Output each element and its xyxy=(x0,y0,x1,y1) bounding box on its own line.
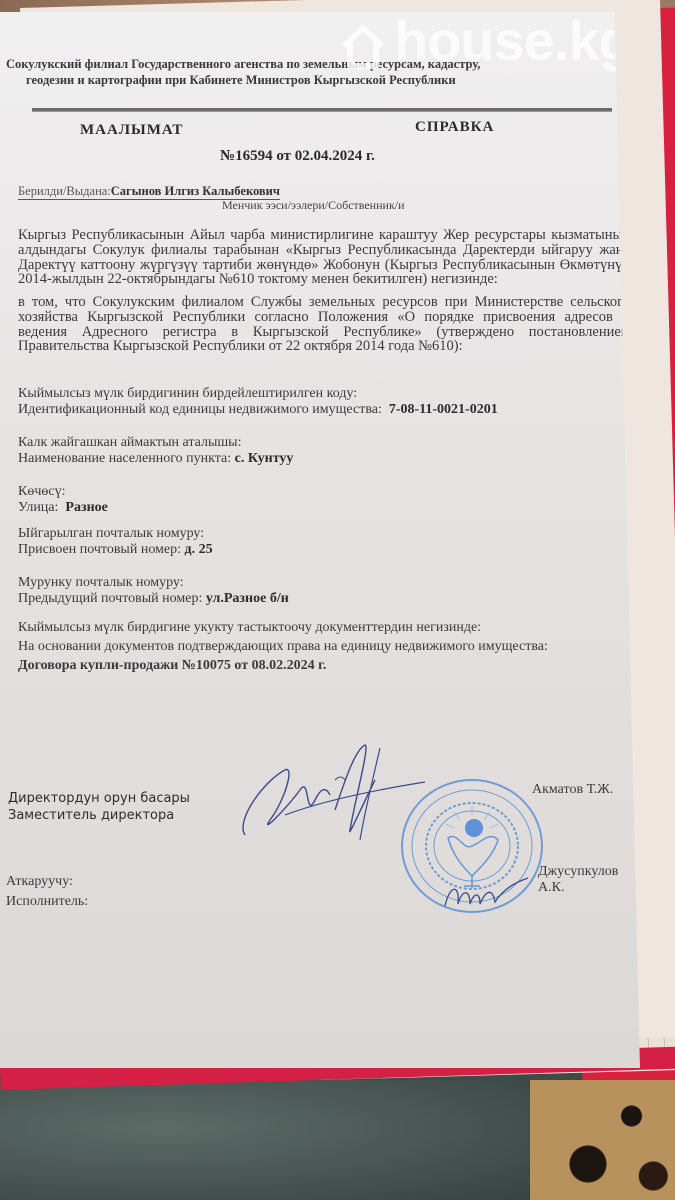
organization-line-2: геодезии и картографии при Кабинете Мини… xyxy=(6,72,646,88)
field-label-kg: Кыймылсыз мүлк бирдигинин бирдейлештирил… xyxy=(18,386,498,402)
house-icon xyxy=(340,18,386,64)
executor-title-ru: Исполнитель: xyxy=(6,892,88,912)
background-cloth xyxy=(0,1080,540,1200)
field-label-kg: Калк жайгашкан аймактын аталышы: xyxy=(18,435,293,451)
field-value: 7-08-11-0021-0201 xyxy=(389,402,498,417)
field-street: Көчөсү: Улица: Разное xyxy=(18,484,108,516)
field-label-ru: Присвоен почтовый номер: xyxy=(18,542,181,557)
field-label-ru: На основании документов подтверждающих п… xyxy=(18,637,548,656)
issued-label: Берилди/Выдана: xyxy=(18,184,111,198)
field-label-kg: Ыйгарылган почталык номуру: xyxy=(18,526,213,542)
field-basis-documents: Кыймылсыз мүлк бирдигине укукту тастыкто… xyxy=(18,618,548,675)
deputy-director-name: Акматов Т.Ж. xyxy=(532,782,613,798)
watermark: house.kg xyxy=(340,8,632,73)
field-previous-number: Мурунку почталык номуру: Предыдущий почт… xyxy=(18,575,289,607)
background-fabric-pattern xyxy=(530,1080,675,1200)
paragraph-kg: Кыргыз Республикасынын Айыл чарба минист… xyxy=(18,228,630,287)
field-settlement: Калк жайгашкан аймактын аталышы: Наимено… xyxy=(18,435,293,467)
owner-name: Сагынов Илгиз Калыбекович xyxy=(111,184,280,198)
field-value: Договора купли-продажи №10075 от 08.02.2… xyxy=(18,656,548,675)
paragraph-ru: в том, что Сокулукским филиалом Службы з… xyxy=(18,295,630,354)
document-title-ru: СПРАВКА xyxy=(415,119,494,136)
executor-title: Аткаруучу: Исполнитель: xyxy=(6,872,88,912)
field-label-ru: Идентификационный код единицы недвижимог… xyxy=(18,402,382,417)
field-property-code: Кыймылсыз мүлк бирдигинин бирдейлештирил… xyxy=(18,386,498,418)
field-label-ru: Улица: xyxy=(18,500,58,515)
deputy-director-title: Директордун орун басары Заместитель дире… xyxy=(8,790,190,824)
owner-caption: Менчик ээси/ээлери/Собственник/и xyxy=(222,198,405,213)
field-label-kg: Мурунку почталык номуру: xyxy=(18,575,289,591)
deputy-title-kg: Директордун орун басары xyxy=(8,790,190,807)
field-value: с. Кунтуу xyxy=(235,451,294,466)
field-value: д. 25 xyxy=(185,542,213,557)
executor-name: Джусупкулов А.К. xyxy=(538,864,640,896)
document-sheet: Сокулукский филиал Государственного аген… xyxy=(0,12,640,1068)
document-title-kg: МААЛЫМАТ xyxy=(80,122,183,139)
watermark-text: house.kg xyxy=(394,8,632,73)
handwritten-signature-icon xyxy=(225,740,425,850)
document-number: №16594 от 02.04.2024 г. xyxy=(220,148,375,165)
field-value: Разное xyxy=(65,500,107,515)
field-label-ru: Предыдущий почтовый номер: xyxy=(18,591,202,606)
field-label-ru: Наименование населенного пункта: xyxy=(18,451,231,466)
executor-signature-icon xyxy=(440,874,530,914)
field-value: ул.Разное б/н xyxy=(206,591,289,606)
field-label-kg: Көчөсү: xyxy=(18,484,108,500)
executor-title-kg: Аткаруучу: xyxy=(6,872,88,892)
field-label-kg: Кыймылсыз мүлк бирдигине укукту тастыкто… xyxy=(18,618,548,637)
deputy-title-ru: Заместитель директора xyxy=(8,807,190,824)
field-assigned-number: Ыйгарылган почталык номуру: Присвоен поч… xyxy=(18,526,213,558)
header-divider xyxy=(32,108,612,112)
